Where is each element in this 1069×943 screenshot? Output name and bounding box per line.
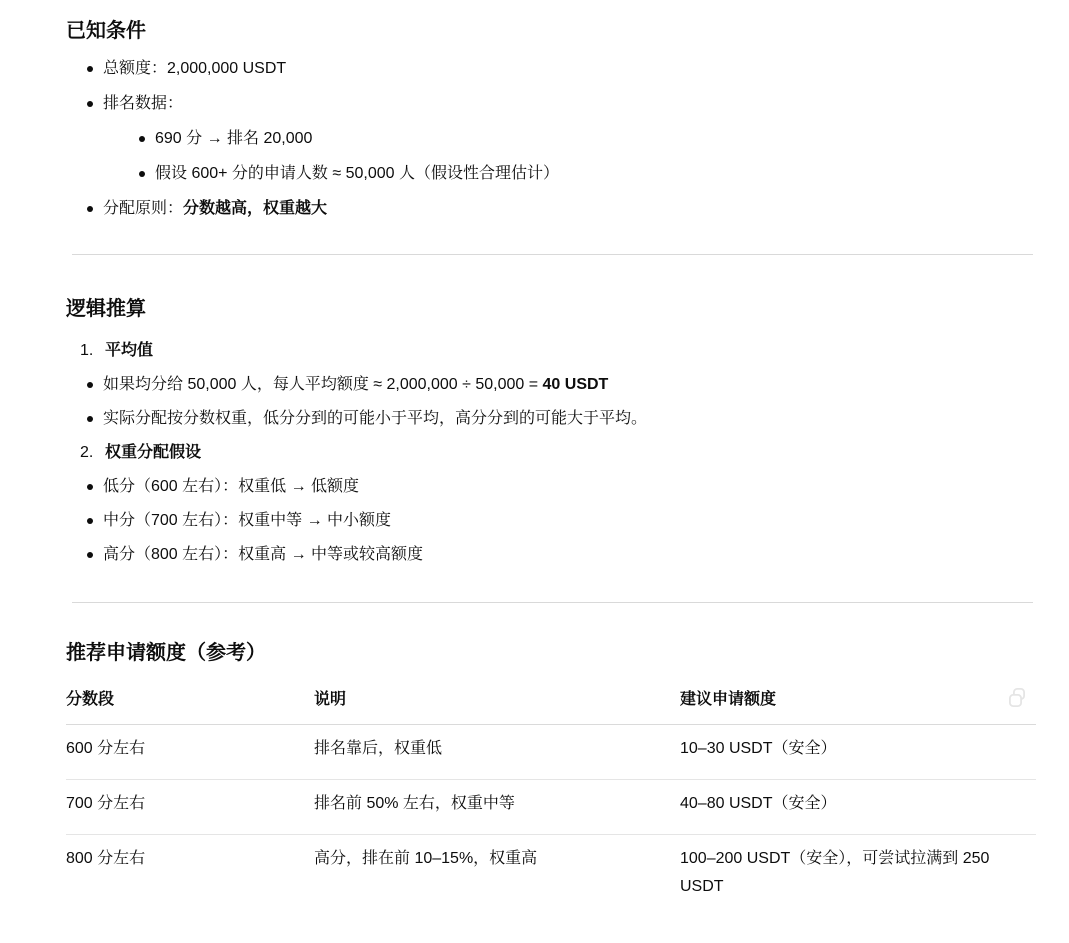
- ordered-list-number: 2.: [80, 439, 93, 467]
- cell-suggested-amount: 10–30 USDT（安全）: [680, 725, 1036, 780]
- bullet-icon: [87, 552, 93, 558]
- table-row: 800 分左右 高分，排在前 10–15%，权重高 100–200 USDT（安…: [66, 835, 1036, 918]
- bullet-icon: [87, 101, 93, 107]
- list-item-nested: 690 分 → 排名 20,000: [66, 125, 1036, 153]
- list-item-bold-text: 40 USDT: [543, 376, 609, 393]
- cell-score-range: 700 分左右: [66, 780, 314, 835]
- ordered-list-number: 1.: [80, 337, 93, 365]
- bullet-icon: [87, 382, 93, 388]
- section-divider: [72, 254, 1033, 255]
- table-row: 600 分左右 排名靠后，权重低 10–30 USDT（安全）: [66, 725, 1036, 780]
- bullet-icon: [87, 416, 93, 422]
- table-row: 700 分左右 排名前 50% 左右，权重中等 40–80 USDT（安全）: [66, 780, 1036, 835]
- list-item: 分配原则：分数越高，权重越大: [66, 195, 1036, 223]
- ordered-list-title: 权重分配假设: [105, 444, 201, 461]
- cell-description: 高分，排在前 10–15%，权重高: [314, 835, 680, 918]
- list-item: 如果均分给 50,000 人，每人平均额度 ≈ 2,000,000 ÷ 50,0…: [66, 371, 1036, 399]
- cell-score-range: 800 分左右: [66, 835, 314, 918]
- list-item-bold-text: 分数越高，权重越大: [183, 200, 327, 217]
- known-conditions-list: 总额度：2,000,000 USDT 排名数据： 690 分 → 排名 20,0…: [66, 55, 1036, 223]
- list-item-text: 高分（800 左右）：权重高 → 中等或较高额度: [103, 546, 423, 563]
- bullet-icon: [87, 66, 93, 72]
- column-header-score-range: 分数段: [66, 681, 314, 725]
- table-header-row: 分数段 说明 建议申请额度: [66, 681, 1036, 725]
- logic-list: 1. 平均值 如果均分给 50,000 人，每人平均额度 ≈ 2,000,000…: [66, 337, 1036, 569]
- bullet-icon: [139, 171, 145, 177]
- recommendation-table: 分数段 说明 建议申请额度 600 分左右 排名靠后，权重低 10–30 USD…: [66, 681, 1036, 917]
- section-divider: [72, 602, 1033, 603]
- list-item-text: 假设 600+ 分的申请人数 ≈ 50,000 人（假设性合理估计）: [155, 165, 559, 182]
- cell-description: 排名前 50% 左右，权重中等: [314, 780, 680, 835]
- list-item-text: 排名数据：: [103, 95, 183, 112]
- list-item: 低分（600 左右）：权重低 → 低额度: [66, 473, 1036, 501]
- column-header-description: 说明: [314, 681, 680, 725]
- list-item: 排名数据：: [66, 90, 1036, 118]
- section-heading-logic: 逻辑推算: [66, 296, 1036, 323]
- cell-score-range: 600 分左右: [66, 725, 314, 780]
- recommendation-table-container: 分数段 说明 建议申请额度 600 分左右 排名靠后，权重低 10–30 USD…: [66, 681, 1036, 917]
- list-item-text: 如果均分给 50,000 人，每人平均额度 ≈ 2,000,000 ÷ 50,0…: [103, 376, 543, 393]
- list-item-text: 690 分 → 排名 20,000: [155, 130, 312, 147]
- bullet-icon: [87, 206, 93, 212]
- document-page: 已知条件 总额度：2,000,000 USDT 排名数据： 690 分 → 排名…: [0, 0, 1069, 943]
- ordered-list-item: 1. 平均值: [66, 337, 1036, 365]
- list-item-text: 中分（700 左右）：权重中等 → 中小额度: [103, 512, 391, 529]
- bullet-icon: [87, 518, 93, 524]
- cell-suggested-amount: 100–200 USDT（安全），可尝试拉满到 250 USDT: [680, 835, 1036, 918]
- list-item-text: 低分（600 左右）：权重低 → 低额度: [103, 478, 359, 495]
- ordered-list-item: 2. 权重分配假设: [66, 439, 1036, 467]
- bullet-icon: [87, 484, 93, 490]
- section-heading-recommend: 推荐申请额度（参考）: [66, 640, 1036, 667]
- column-header-suggested-amount: 建议申请额度: [680, 681, 1036, 725]
- cell-suggested-amount: 40–80 USDT（安全）: [680, 780, 1036, 835]
- bullet-icon: [139, 136, 145, 142]
- list-item: 中分（700 左右）：权重中等 → 中小额度: [66, 507, 1036, 535]
- list-item: 高分（800 左右）：权重高 → 中等或较高额度: [66, 541, 1036, 569]
- list-item-text: 实际分配按分数权重，低分分到的可能小于平均，高分分到的可能大于平均。: [103, 410, 647, 427]
- list-item: 总额度：2,000,000 USDT: [66, 55, 1036, 83]
- section-heading-known: 已知条件: [66, 18, 1036, 45]
- list-item: 实际分配按分数权重，低分分到的可能小于平均，高分分到的可能大于平均。: [66, 405, 1036, 433]
- copy-icon: [1005, 686, 1029, 710]
- list-item-text: 总额度：2,000,000 USDT: [103, 60, 286, 77]
- copy-table-button[interactable]: [1004, 685, 1030, 711]
- cell-description: 排名靠后，权重低: [314, 725, 680, 780]
- list-item-text: 分配原则：: [103, 200, 183, 217]
- ordered-list-title: 平均值: [105, 342, 153, 359]
- list-item-nested: 假设 600+ 分的申请人数 ≈ 50,000 人（假设性合理估计）: [66, 160, 1036, 188]
